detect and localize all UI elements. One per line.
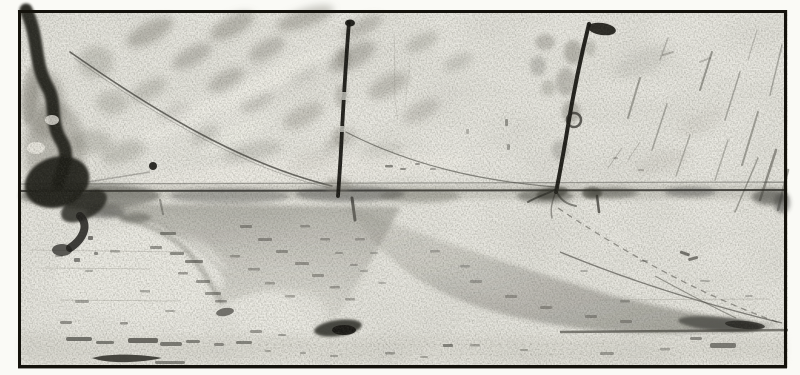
halftone-photograph xyxy=(0,0,800,375)
book-page xyxy=(0,0,800,375)
halftone-grain xyxy=(18,10,788,368)
